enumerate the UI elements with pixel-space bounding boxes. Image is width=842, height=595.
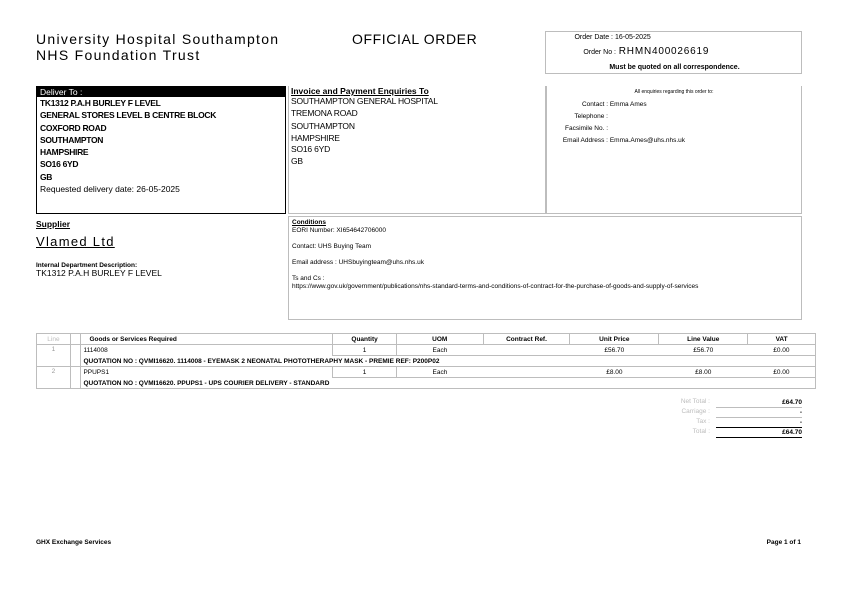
col-vat: VAT xyxy=(748,334,816,345)
organisation-name: University Hospital Southampton NHS Foun… xyxy=(36,31,279,63)
col-line-value: Line Value xyxy=(659,334,748,345)
invoice-to-box: Invoice and Payment Enquiries To SOUTHAM… xyxy=(288,86,546,214)
address-line: GENERAL STORES LEVEL B CENTRE BLOCK xyxy=(40,109,282,121)
deliver-to-heading: Deliver To : xyxy=(37,87,285,97)
col-unit-price: Unit Price xyxy=(570,334,659,345)
address-line: TK1312 P.A.H BURLEY F LEVEL xyxy=(40,97,282,109)
item-line-value: £56.70 xyxy=(659,345,748,356)
item-unit-price: £8.00 xyxy=(570,367,659,378)
carriage: Carriage : - xyxy=(650,408,802,418)
grand-total: Total : £64.70 xyxy=(650,428,802,438)
table-row: 1 1114008 1 Each £56.70 £56.70 £0.00 xyxy=(37,345,816,356)
address-line: GB xyxy=(291,156,543,168)
item-line-value: £8.00 xyxy=(659,367,748,378)
contact-email: Email Address : Emma.Ames@uhs.nhs.uk xyxy=(547,137,685,144)
contact-facsimile: Facsimile No. : xyxy=(547,125,608,132)
deliver-to-box: Deliver To : TK1312 P.A.H BURLEY F LEVEL… xyxy=(36,86,286,214)
eori-number: EORI Number: XI654642706000 xyxy=(292,227,798,235)
address-line: COXFORD ROAD xyxy=(40,122,282,134)
contact-email-link[interactable]: Emma.Ames@uhs.nhs.uk xyxy=(610,137,685,144)
organisation-name-line2: NHS Foundation Trust xyxy=(36,47,279,63)
col-contract: Contract Ref. xyxy=(483,334,570,345)
item-quantity: 1 xyxy=(333,345,397,356)
terms-link[interactable]: https://www.gov.uk/government/publicatio… xyxy=(292,283,798,291)
grand-total-value: £64.70 xyxy=(716,428,802,438)
address-line: SOUTHAMPTON xyxy=(40,134,282,146)
order-note: Must be quoted on all correspondence. xyxy=(546,64,803,71)
conditions-contact: Contact: UHS Buying Team xyxy=(292,243,798,251)
contact-box: All enquiries regarding this order to: C… xyxy=(546,86,802,214)
address-line: SO16 6YD xyxy=(40,158,282,170)
deliver-to-address: TK1312 P.A.H BURLEY F LEVEL GENERAL STOR… xyxy=(37,97,285,195)
order-info-box: Order Date : 16-05-2025 Order No : RHMN4… xyxy=(545,31,802,74)
item-quantity: 1 xyxy=(333,367,397,378)
contact-name: Contact : Emma Ames xyxy=(547,101,647,108)
order-date-label: Order Date : xyxy=(556,34,613,41)
address-line: TREMONA ROAD xyxy=(291,108,543,120)
supplier-label: Supplier xyxy=(36,219,70,229)
item-contract xyxy=(483,367,570,378)
address-line: SOUTHAMPTON GENERAL HOSPITAL xyxy=(291,96,543,108)
item-code: PPUPS1 xyxy=(81,367,333,378)
table-row-quote: QUOTATION NO : QVMI16620. PPUPS1 - UPS C… xyxy=(37,378,816,389)
internal-department-value: TK1312 P.A.H BURLEY F LEVEL xyxy=(36,268,162,278)
item-vat: £0.00 xyxy=(748,345,816,356)
address-line: HAMPSHIRE xyxy=(40,146,282,158)
address-line: SO16 6YD xyxy=(291,144,543,156)
item-uom: Each xyxy=(396,345,483,356)
line-number: 2 xyxy=(37,367,71,389)
col-line: Line xyxy=(37,334,71,345)
footer-provider: GHX Exchange Services xyxy=(36,539,111,546)
item-code: 1114008 xyxy=(81,345,333,356)
carriage-value: - xyxy=(716,408,802,418)
conditions-heading: Conditions xyxy=(292,219,798,227)
line-number: 1 xyxy=(37,345,71,367)
conditions-box: Conditions EORI Number: XI654642706000 C… xyxy=(288,216,802,320)
item-contract xyxy=(483,345,570,356)
item-unit-price: £56.70 xyxy=(570,345,659,356)
requested-delivery-date: Requested delivery date: 26-05-2025 xyxy=(40,183,282,195)
organisation-name-line1: University Hospital Southampton xyxy=(36,31,279,47)
col-quantity: Quantity xyxy=(333,334,397,345)
address-line: SOUTHAMPTON xyxy=(291,121,543,133)
table-row: 2 PPUPS1 1 Each £8.00 £8.00 £0.00 xyxy=(37,367,816,378)
table-header-row: Line Goods or Services Required Quantity… xyxy=(37,334,816,345)
item-quotation: QUOTATION NO : QVMI16620. 1114008 - EYEM… xyxy=(81,356,816,367)
address-line: HAMPSHIRE xyxy=(291,133,543,145)
order-date-value: 16-05-2025 xyxy=(615,34,651,41)
tax-value: - xyxy=(716,418,802,428)
item-uom: Each xyxy=(396,367,483,378)
order-items-table: Line Goods or Services Required Quantity… xyxy=(36,333,816,389)
totals-block: Net Total : £64.70 Carriage : - Tax : - … xyxy=(650,398,802,438)
net-total: Net Total : £64.70 xyxy=(650,398,802,408)
col-goods: Goods or Services Required xyxy=(81,334,333,345)
item-vat: £0.00 xyxy=(748,367,816,378)
terms-label: Ts and Cs : xyxy=(292,275,798,283)
net-total-value: £64.70 xyxy=(716,398,802,408)
document-title: OFFICIAL ORDER xyxy=(352,31,477,47)
page-number: Page 1 of 1 xyxy=(767,539,801,546)
contact-note: All enquiries regarding this order to: xyxy=(547,89,801,95)
table-row-quote: QUOTATION NO : QVMI16620. 1114008 - EYEM… xyxy=(37,356,816,367)
address-line: GB xyxy=(40,171,282,183)
contact-telephone: Telephone : xyxy=(547,113,608,120)
tax: Tax : - xyxy=(650,418,802,428)
item-quotation: QUOTATION NO : QVMI16620. PPUPS1 - UPS C… xyxy=(81,378,816,389)
order-number: Order No : RHMN400026619 xyxy=(556,46,709,57)
order-number-label: Order No : xyxy=(556,49,616,56)
order-date: Order Date : 16-05-2025 xyxy=(556,34,651,41)
supplier-name: Vlamed Ltd xyxy=(36,234,115,249)
invoice-to-heading: Invoice and Payment Enquiries To xyxy=(291,86,543,96)
col-uom: UOM xyxy=(396,334,483,345)
conditions-email[interactable]: Email address : UHSbuyingteam@uhs.nhs.uk xyxy=(292,259,798,267)
order-number-value: RHMN400026619 xyxy=(619,46,709,57)
